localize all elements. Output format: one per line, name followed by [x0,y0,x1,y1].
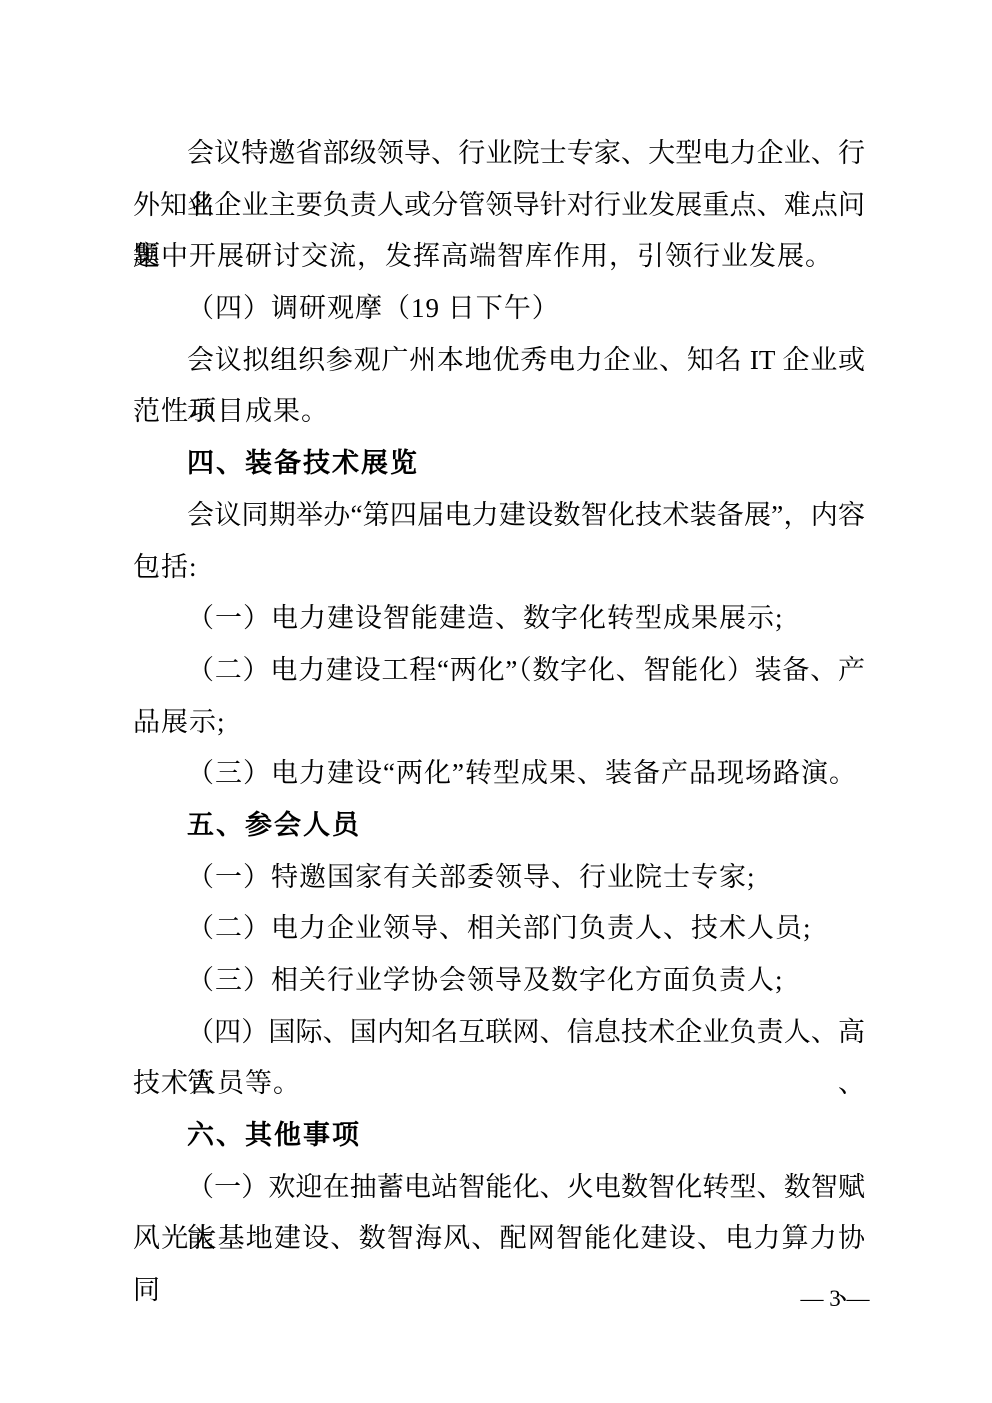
text-line: （一）电力建设智能建造、数字化转型成果展示; [133,593,865,645]
text-line: 外知名企业主要负责人或分管领导针对行业发展重点、难点问题 [133,180,865,232]
text-line: 风光大基地建设、数智海风、配网智能化建设、电力算力协同、 [133,1213,865,1265]
text-line: （三）相关行业学协会领导及数字化方面负责人; [133,955,865,1007]
document-body: 会议特邀省部级领导、行业院士专家、大型电力企业、行业外知名企业主要负责人或分管领… [133,128,865,1265]
text-line: （一）特邀国家有关部委领导、行业院士专家; [133,852,865,904]
page-number: — 3 — [790,1284,880,1314]
text-line: 会议同期举办“第四届电力建设数智化技术装备展”，内容 [133,490,865,542]
text-line: 范性项目成果。 [133,386,865,438]
text-line: （四）调研观摩（19 日下午） [133,283,865,335]
text-line: （四）国际、国内知名互联网、信息技术企业负责人、高管、 [133,1007,865,1059]
text-line: （二）电力企业领导、相关部门负责人、技术人员; [133,903,865,955]
text-line: 会议拟组织参观广州本地优秀电力企业、知名 IT 企业或示 [133,335,865,387]
text-line: 会议特邀省部级领导、行业院士专家、大型电力企业、行业 [133,128,865,180]
section-heading: 四、装备技术展览 [133,438,865,490]
text-line: （三）电力建设“两化”转型成果、装备产品现场路演。 [133,748,865,800]
text-line: 集中开展研讨交流，发挥高端智库作用，引领行业发展。 [133,231,865,283]
document-page: 会议特邀省部级领导、行业院士专家、大型电力企业、行业外知名企业主要负责人或分管领… [0,0,992,1403]
text-line: （一）欢迎在抽蓄电站智能化、火电数智化转型、数智赋能 [133,1162,865,1214]
text-line: 品展示; [133,697,865,749]
section-heading: 五、参会人员 [133,800,865,852]
text-line: 包括: [133,542,865,594]
section-heading: 六、其他事项 [133,1110,865,1162]
text-line: （二）电力建设工程“两化”（数字化、智能化）装备、产 [133,645,865,697]
